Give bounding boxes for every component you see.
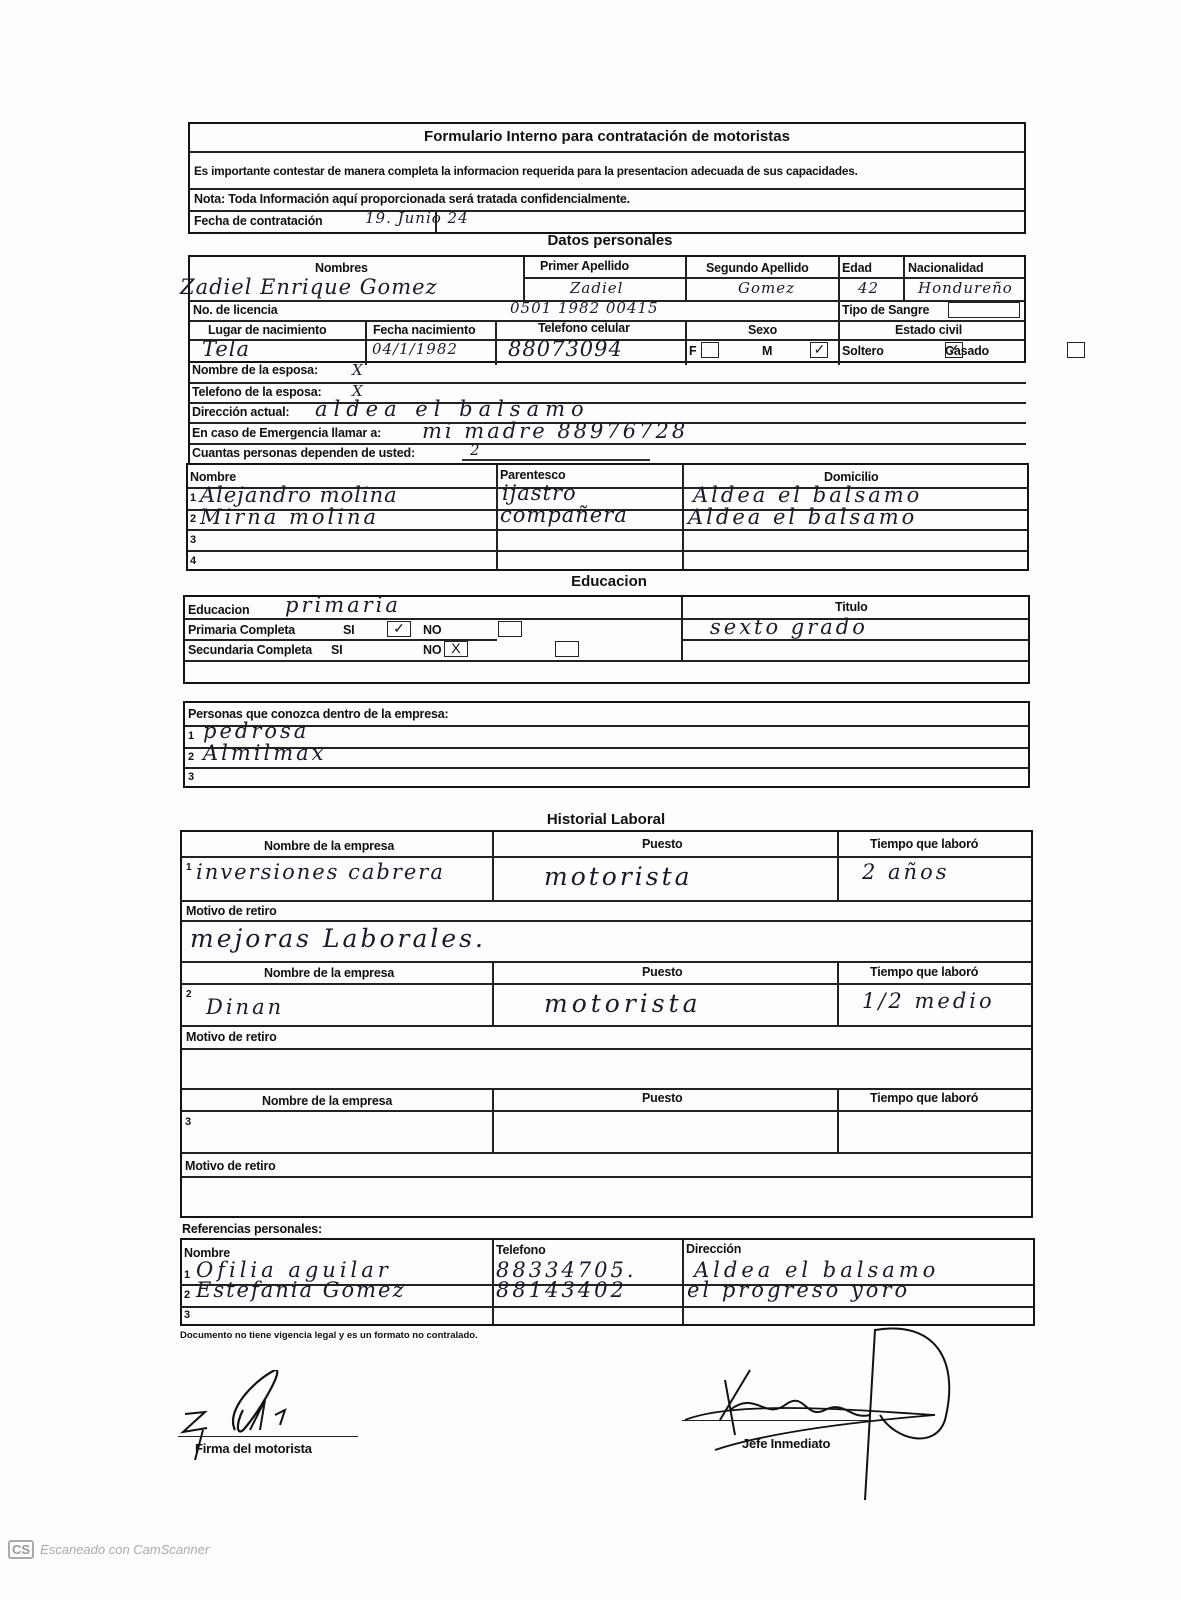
label-sexo: Sexo xyxy=(748,323,777,337)
label-secundaria: Secundaria Completa xyxy=(188,643,312,657)
label-estado-civil: Estado civil xyxy=(895,323,962,337)
label-motivo-retiro: Motivo de retiro xyxy=(186,904,277,918)
ref-direccion-field[interactable]: el progreso yoro xyxy=(687,1278,910,1302)
primaria-si-checkbox[interactable]: ✓ xyxy=(387,621,411,637)
label-direccion: Dirección actual: xyxy=(192,405,289,419)
disclaimer: Documento no tiene vigencia legal y es u… xyxy=(180,1330,478,1341)
label-nacionalidad: Nacionalidad xyxy=(908,261,983,275)
form-title: Formulario Interno para contratación de … xyxy=(190,128,1024,145)
label-secundaria-si: SI xyxy=(331,643,342,657)
label-edad: Edad xyxy=(842,261,872,275)
dependents-table: Nombre Parentesco Domicilio 1 Alejandro … xyxy=(186,463,1029,571)
ref-nombre-field[interactable]: Estefania Gomez xyxy=(196,1278,406,1302)
lugar-nacimiento-field[interactable]: Tela xyxy=(202,337,250,361)
row-number: 4 xyxy=(190,555,196,567)
label-primaria-si: SI xyxy=(343,623,354,637)
licencia-field[interactable]: 0501 1982 00415 xyxy=(510,299,659,317)
supervisor-signature-line xyxy=(682,1420,872,1421)
label-firma-motorista: Firma del motorista xyxy=(195,1441,312,1456)
label-primer-apellido: Primer Apellido xyxy=(540,259,629,273)
contact-block: Nombre de la esposa: X Telefono de la es… xyxy=(188,361,1026,464)
nombres-field[interactable]: Zadiel Enrique Gomez xyxy=(180,275,438,299)
dependent-nombre-field[interactable]: Alejandro molina xyxy=(200,483,398,507)
row-number: 2 xyxy=(186,989,191,1000)
form-note: Nota: Toda Información aquí proporcionad… xyxy=(194,192,630,206)
tiempo-field[interactable]: 2 años xyxy=(862,860,950,884)
work-history-table: Nombre de la empresa Puesto Tiempo que l… xyxy=(180,830,1033,1218)
educacion-field[interactable]: primaria xyxy=(285,593,401,617)
telefono-field[interactable]: 88073094 xyxy=(508,337,623,361)
hire-date-field[interactable]: 19. Junio 24 xyxy=(365,209,469,227)
label-titulo: Titulo xyxy=(835,600,868,614)
label-casado: Casado xyxy=(945,344,989,358)
label-jefe-inmediato: Jefe Inmediato xyxy=(742,1436,830,1451)
header-empresa: Nombre de la empresa xyxy=(264,839,394,853)
label-motivo-retiro: Motivo de retiro xyxy=(186,1030,277,1044)
dependent-row: 3 xyxy=(188,529,1027,550)
header-puesto: Puesto xyxy=(642,837,682,851)
hire-date-label: Fecha de contratación xyxy=(194,214,322,228)
dependent-nombre-field[interactable]: Mirna molina xyxy=(200,505,379,529)
secundaria-si-checkbox[interactable]: X xyxy=(444,641,468,657)
driver-signature-line xyxy=(178,1436,358,1437)
acquaintance-row: 3 xyxy=(185,767,1028,787)
dependientes-field[interactable]: 2 xyxy=(462,441,650,461)
row-number: 3 xyxy=(185,1116,191,1128)
secundaria-no-checkbox[interactable] xyxy=(555,641,579,657)
label-motivo-retiro: Motivo de retiro xyxy=(185,1159,276,1173)
work-entry: Nombre de la empresa Puesto Tiempo que l… xyxy=(182,1088,1031,1218)
acquaintance-name-field[interactable]: pedrosa xyxy=(203,719,309,743)
label-secundaria-no: NO xyxy=(423,643,441,657)
row-number: 2 xyxy=(184,1289,190,1301)
section-title-education: Educacion xyxy=(0,573,1181,590)
label-lugar-nacimiento: Lugar de nacimiento xyxy=(208,323,326,337)
row-number: 3 xyxy=(184,1309,190,1321)
puesto-field[interactable]: motorista xyxy=(544,862,693,891)
label-esposa-nombre: Nombre de la esposa: xyxy=(192,363,318,377)
header-empresa: Nombre de la empresa xyxy=(264,966,394,980)
dependent-parentesco-field[interactable]: compañera xyxy=(500,503,628,527)
acquaintance-name-field[interactable]: Almilmax xyxy=(203,741,327,765)
header-empresa: Nombre de la empresa xyxy=(262,1094,392,1108)
fecha-nacimiento-field[interactable]: 04/1/1982 xyxy=(372,340,458,358)
primer-apellido-field[interactable]: Zadiel xyxy=(570,279,623,297)
watermark-text: Escaneado con CamScanner xyxy=(40,1542,209,1557)
camscanner-watermark: CS Escaneado con CamScanner xyxy=(8,1540,209,1559)
empresa-field[interactable]: inversiones cabrera xyxy=(196,860,445,884)
row-number: 1 xyxy=(188,730,194,742)
row-number: 1 xyxy=(186,862,191,873)
section-title-personal: Datos personales xyxy=(0,232,1181,249)
tipo-sangre-field[interactable] xyxy=(948,302,1020,318)
header-dependent-domicilio: Domicilio xyxy=(824,470,878,484)
primaria-no-checkbox[interactable] xyxy=(498,621,522,637)
dependent-domicilio-field[interactable]: Aldea el balsamo xyxy=(688,505,917,529)
work-entry: Nombre de la empresa Puesto Tiempo que l… xyxy=(182,961,1031,1087)
dependent-row: 4 xyxy=(188,550,1027,570)
education-table: Educacion primaria Titulo sexto grado Pr… xyxy=(183,595,1030,684)
sexo-m-checkbox[interactable]: ✓ xyxy=(810,342,828,358)
header-puesto: Puesto xyxy=(642,965,682,979)
row-number: 3 xyxy=(190,534,196,546)
label-dependientes: Cuantas personas dependen de usted: xyxy=(192,446,415,460)
acquaintance-row: 2 Almilmax xyxy=(185,747,1028,767)
header-puesto: Puesto xyxy=(642,1091,682,1105)
row-number: 1 xyxy=(184,1269,190,1281)
header-ref-telefono: Telefono xyxy=(496,1243,546,1257)
section-title-work-history: Historial Laboral xyxy=(0,811,1181,828)
casado-checkbox[interactable] xyxy=(1067,342,1085,358)
header-tiempo: Tiempo que laboró xyxy=(870,1091,978,1105)
nacionalidad-field[interactable]: Hondureño xyxy=(918,279,1013,297)
label-sexo-m: M xyxy=(762,344,772,358)
references-table: Nombre Telefono Dirección 1 Ofilia aguil… xyxy=(180,1238,1035,1326)
personal-data-table: Nombres Primer Apellido Segundo Apellido… xyxy=(188,255,1026,363)
row-number: 2 xyxy=(188,751,194,763)
form-instructions: Es importante contestar de manera comple… xyxy=(194,164,858,178)
row-number: 2 xyxy=(190,513,196,525)
label-segundo-apellido: Segundo Apellido xyxy=(706,261,809,275)
label-fecha-nacimiento: Fecha nacimiento xyxy=(373,323,475,337)
acquaintances-table: Personas que conozca dentro de la empres… xyxy=(183,701,1030,788)
header-box: Formulario Interno para contratación de … xyxy=(188,122,1026,234)
label-sexo-f: F xyxy=(689,344,696,358)
segundo-apellido-field[interactable]: Gomez xyxy=(738,279,795,297)
puesto-field[interactable]: motorista xyxy=(544,989,702,1018)
ref-telefono-field[interactable]: 88143402 xyxy=(496,1278,627,1302)
motivo-field[interactable]: mejoras Laborales. xyxy=(190,924,486,953)
esposa-nombre-field[interactable]: X xyxy=(352,361,364,379)
header-dependent-parentesco: Parentesco xyxy=(500,468,565,482)
label-primaria: Primaria Completa xyxy=(188,623,295,637)
header-tiempo: Tiempo que laboró xyxy=(870,965,978,979)
work-entry: Nombre de la empresa Puesto Tiempo que l… xyxy=(182,832,1031,960)
label-emergencia: En caso de Emergencia llamar a: xyxy=(192,426,381,440)
row-number: 3 xyxy=(188,771,194,783)
empresa-field[interactable]: Dinan xyxy=(206,995,284,1019)
label-licencia: No. de licencia xyxy=(193,303,278,317)
camscanner-logo-icon: CS xyxy=(8,1540,34,1559)
dependent-row: 2 Mirna molina compañera Aldea el balsam… xyxy=(188,509,1027,529)
dependent-parentesco-field[interactable]: ijastro xyxy=(502,481,577,505)
label-primaria-no: NO xyxy=(423,623,441,637)
label-telefono: Telefono celular xyxy=(538,321,630,335)
reference-row: 2 Estefania Gomez 88143402 el progreso y… xyxy=(182,1284,1033,1306)
emergencia-field[interactable]: mi madre 88976728 xyxy=(422,419,688,443)
dependent-domicilio-field[interactable]: Aldea el balsamo xyxy=(693,483,922,507)
label-references: Referencias personales: xyxy=(182,1222,322,1236)
row-number: 1 xyxy=(190,492,196,504)
header-ref-direccion: Dirección xyxy=(686,1242,741,1256)
sexo-f-checkbox[interactable] xyxy=(701,342,719,358)
edad-field[interactable]: 42 xyxy=(858,279,879,297)
label-nombres: Nombres xyxy=(315,261,368,275)
direccion-field[interactable]: aldea el balsamo xyxy=(315,397,590,421)
label-esposa-telefono: Telefono de la esposa: xyxy=(192,385,321,399)
header-tiempo: Tiempo que laboró xyxy=(870,837,978,851)
header-dependent-nombre: Nombre xyxy=(190,470,236,484)
label-tipo-sangre: Tipo de Sangre xyxy=(842,303,929,317)
label-educacion: Educacion xyxy=(188,603,249,617)
tiempo-field[interactable]: 1/2 medio xyxy=(862,989,995,1013)
label-soltero: Soltero xyxy=(842,344,884,358)
